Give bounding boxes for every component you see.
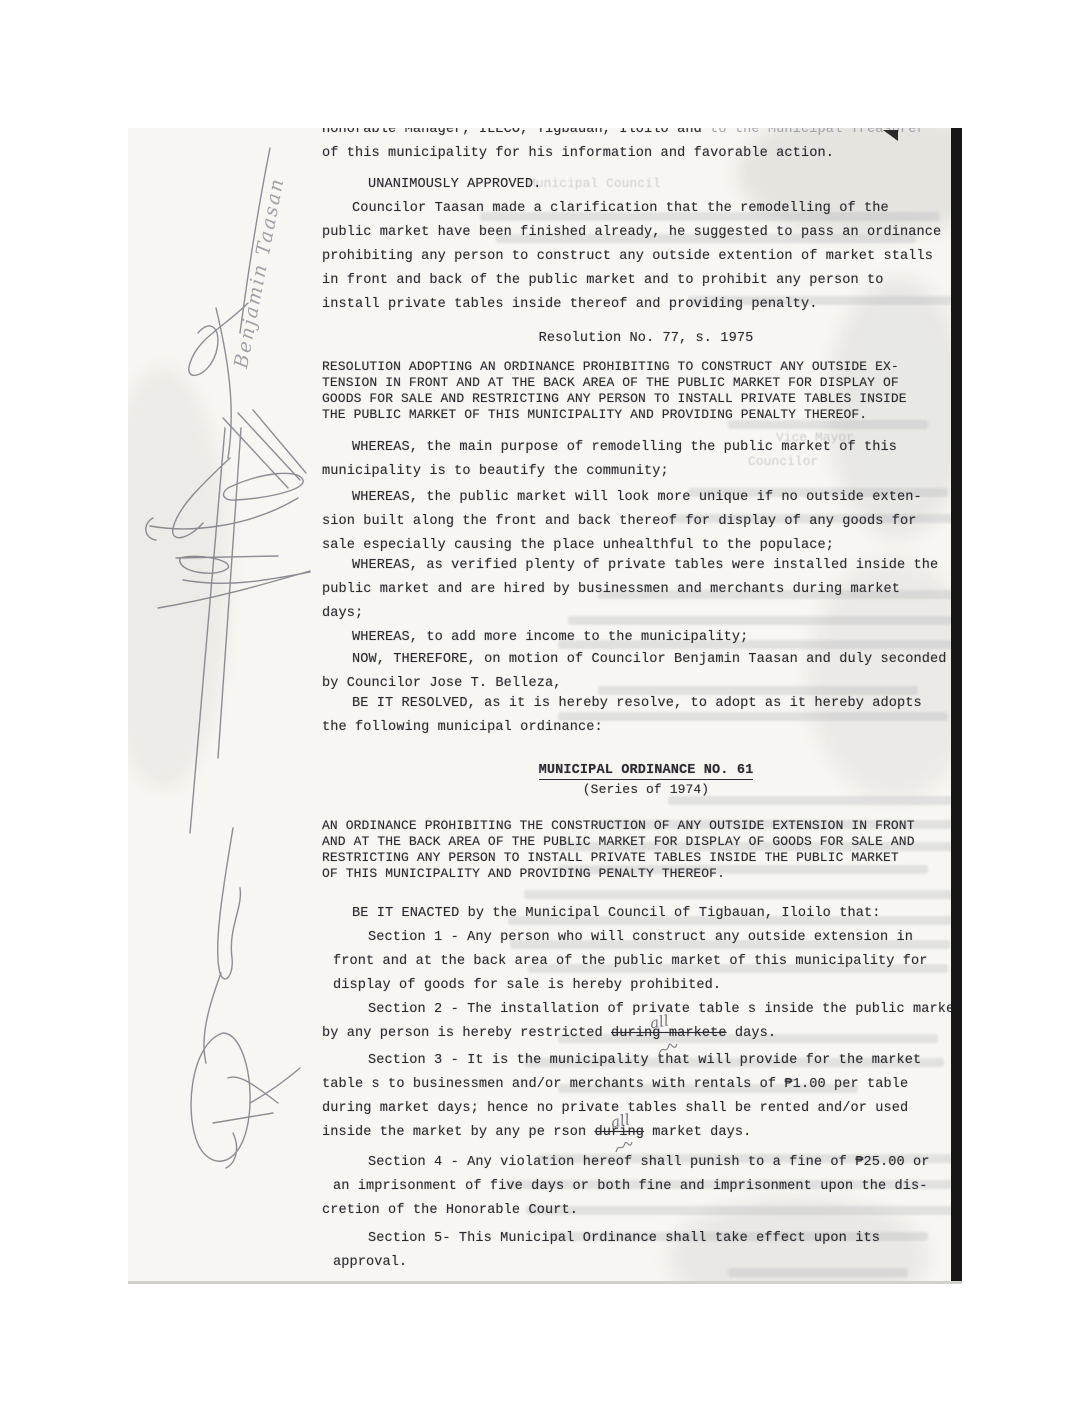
pencil-scribble	[614, 1140, 634, 1154]
doc-line: install private tables inside thereof an…	[322, 293, 962, 317]
resolution-title-line: TENSION IN FRONT AND AT THE BACK AREA OF…	[322, 375, 962, 391]
section-line: Section 2 - The installation of private …	[322, 998, 962, 1022]
section-line-with-correction: by any person is hereby restricted durin…	[322, 1022, 962, 1046]
doc-line: Honorable Manager, ILECO, Tigbauan, Iloi…	[322, 128, 962, 142]
section-line: Section 5- This Municipal Ordinance shal…	[322, 1227, 962, 1251]
doc-line: WHEREAS, to add more income to the munic…	[322, 626, 962, 650]
section-line: front and at the back area of the public…	[322, 950, 962, 974]
section-line-with-correction: inside the market by any pe rson duringa…	[322, 1121, 962, 1145]
doc-line: BE IT RESOLVED, as it is hereby resolve,…	[322, 692, 962, 716]
ordinance-caption-line: AN ORDINANCE PROHIBITING THE CONSTRUCTIO…	[322, 818, 962, 834]
typewritten-text: Honorable Manager, ILECO, Tigbauan, Iloi…	[322, 128, 962, 1275]
section-text: inside the market by any pe rson	[322, 1125, 595, 1140]
ordinance-series: (Series of 1974)	[322, 782, 962, 798]
document-page: Municipal Council Vice Mayor Councilor	[128, 128, 962, 1284]
doc-line: sion built along the front and back ther…	[322, 510, 962, 534]
resolution-number: Resolution No. 77, s. 1975	[322, 327, 962, 351]
section-text: by any person is hereby restricted	[322, 1026, 611, 1041]
ordinance-caption-line: OF THIS MUNICIPALITY AND PROVIDING PENAL…	[322, 866, 962, 882]
scan-blotch	[128, 368, 228, 788]
ordinance-caption-line: RESTRICTING ANY PERSON TO INSTALL PRIVAT…	[322, 850, 962, 866]
doc-line: public market have been finished already…	[322, 221, 962, 245]
resolution-title-line: GOODS FOR SALE AND RESTRICTING ANY PERSO…	[322, 391, 962, 407]
resolution-title-line: THE PUBLIC MARKET OF THIS MUNICIPALITY A…	[322, 407, 962, 423]
pencil-scribble	[657, 1041, 679, 1057]
struck-text: duringall	[595, 1125, 645, 1140]
doc-line: of this municipality for his information…	[322, 142, 962, 166]
section-line: Section 1 - Any person who will construc…	[322, 926, 962, 950]
doc-line: the following municipal ordinance:	[322, 716, 962, 740]
section-text: market days.	[644, 1125, 751, 1140]
doc-line: prohibiting any person to construct any …	[322, 245, 962, 269]
doc-line: municipality is to beautify the communit…	[322, 460, 962, 484]
section-line: during market days; hence no private tab…	[322, 1097, 962, 1121]
doc-line: NOW, THEREFORE, on motion of Councilor B…	[322, 648, 962, 672]
section-line: Section 3 - It is the municipality that …	[322, 1049, 962, 1073]
doc-line: WHEREAS, the public market will look mor…	[322, 486, 962, 510]
section-line: table s to businessmen and/or merchants …	[322, 1073, 962, 1097]
section-line: cretion of the Honorable Court.	[322, 1199, 962, 1223]
scan-edge-bar	[951, 128, 962, 1284]
doc-line: WHEREAS, the main purpose of remodelling…	[322, 436, 962, 460]
doc-line: Councilor Taasan made a clarification th…	[322, 197, 962, 221]
doc-line: public market and are hired by businessm…	[322, 578, 962, 602]
scanned-document-canvas: Municipal Council Vice Mayor Councilor	[0, 0, 1088, 1408]
ordinance-caption-line: AND AT THE BACK AREA OF THE PUBLIC MARKE…	[322, 834, 962, 850]
struck-text: during marketeall	[611, 1026, 727, 1041]
enacting-clause: BE IT ENACTED by the Municipal Council o…	[322, 902, 962, 926]
section-line: approval.	[322, 1251, 962, 1275]
doc-line-dark: Honorable Manager, ILECO, Tigbauan, Iloi…	[322, 128, 710, 137]
section-text: days.	[727, 1026, 777, 1041]
resolution-title-line: RESOLUTION ADOPTING AN ORDINANCE PROHIBI…	[322, 359, 962, 375]
section-line: an imprisonment of five days or both fin…	[322, 1175, 962, 1199]
doc-line: UNANIMOUSLY APPROVED.	[322, 173, 962, 197]
ordinance-title: MUNICIPAL ORDINANCE NO. 61	[322, 760, 962, 782]
doc-line: days;	[322, 602, 962, 626]
margin-signature-name: Benjamin Taasan	[230, 175, 289, 370]
section-line: display of goods for sale is hereby proh…	[322, 974, 962, 998]
doc-line: in front and back of the public market a…	[322, 269, 962, 293]
doc-line: WHEREAS, as verified plenty of private t…	[322, 554, 962, 578]
section-line: Section 4 - Any violation hereof shall p…	[322, 1151, 962, 1175]
